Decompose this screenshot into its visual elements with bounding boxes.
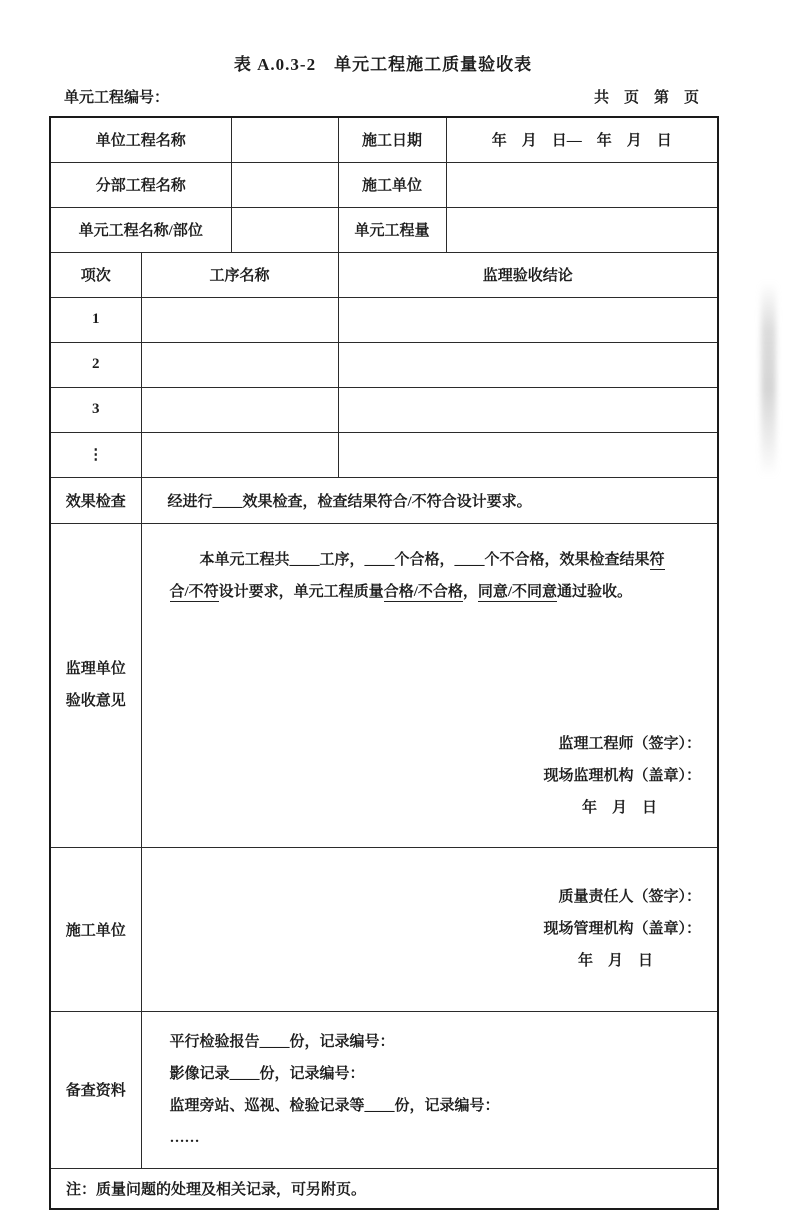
- acceptance-form-table: 单位工程名称 施工日期 年 月 日— 年 月 日 分部工程名称 施工单位 单元工…: [49, 116, 719, 1210]
- construction-unit-row: 施工单位 质量责任人（签字）： 现场管理机构（盖章）： 年 月 日: [50, 847, 718, 1011]
- construction-unit-label: 施工单位: [338, 162, 446, 207]
- note-row: 注：质量问题的处理及相关记录，可另附页。: [50, 1168, 718, 1209]
- element-quantity-value: [446, 207, 718, 252]
- reference-materials-label: 备查资料: [50, 1011, 141, 1168]
- process-row-2-conclusion: [338, 342, 718, 387]
- element-quantity-label: 单元工程量: [338, 207, 446, 252]
- info-row-element-project: 单元工程名称/部位 单元工程量: [50, 207, 718, 252]
- process-row-1: 1: [50, 297, 718, 342]
- supervision-date-label: 年 月 日: [544, 792, 702, 824]
- info-row-unit-project: 单位工程名称 施工日期 年 月 日— 年 月 日: [50, 117, 718, 162]
- effect-check-row: 效果检查 经进行____效果检查，检查结果符合/不符合设计要求。: [50, 477, 718, 523]
- process-row-2-name: [141, 342, 338, 387]
- reference-materials-row: 备查资料 平行检验报告____份，记录编号： 影像记录____份，记录编号： 监…: [50, 1011, 718, 1168]
- construction-date-value: 年 月 日— 年 月 日: [446, 117, 718, 162]
- effect-check-label: 效果检查: [50, 477, 141, 523]
- scanned-form-page: 表 A.0.3-2 单元工程施工质量验收表 单元工程编号： 共 页 第 页 单位…: [0, 0, 792, 1218]
- col-header-item-no: 项次: [50, 252, 141, 297]
- process-row-1-name: [141, 297, 338, 342]
- supervision-opinion-paragraph: 本单元工程共____工序，____个合格，____个不合格，效果检查结果符合/不…: [170, 544, 678, 608]
- supervision-label-line2: 验收意见: [51, 685, 141, 717]
- construction-unit-cell: 质量责任人（签字）： 现场管理机构（盖章）： 年 月 日: [141, 847, 718, 1011]
- supervision-label-line1: 监理单位: [51, 653, 141, 685]
- process-row-ellipsis-name: [141, 432, 338, 477]
- supervision-signature-block: 监理工程师（签字）： 现场监理机构（盖章）： 年 月 日: [544, 728, 702, 824]
- process-row-2-no: 2: [50, 342, 141, 387]
- site-management-org-seal-label: 现场管理机构（盖章）：: [142, 913, 702, 945]
- unit-project-name-label: 单位工程名称: [50, 117, 231, 162]
- process-row-3-name: [141, 387, 338, 432]
- unit-code-label: 单元工程编号：: [64, 86, 169, 107]
- unit-project-name-value: [231, 117, 338, 162]
- page-count-label: 共 页 第 页: [594, 86, 699, 107]
- reference-line-supervision-records: 监理旁站、巡视、检验记录等____份，记录编号：: [170, 1090, 718, 1122]
- reference-lines: 平行检验报告____份，记录编号： 影像记录____份，记录编号： 监理旁站、巡…: [170, 1026, 718, 1154]
- effect-check-text: 经进行____效果检查，检查结果符合/不符合设计要求。: [141, 477, 718, 523]
- note-text: 注：质量问题的处理及相关记录，可另附页。: [50, 1168, 718, 1209]
- division-project-name-label: 分部工程名称: [50, 162, 231, 207]
- construction-date-label2: 年 月 日: [142, 945, 702, 977]
- process-row-ellipsis: ⋮: [50, 432, 718, 477]
- process-row-ellipsis-no: ⋮: [50, 432, 141, 477]
- supervision-opinion-cell: 本单元工程共____工序，____个合格，____个不合格，效果检查结果符合/不…: [141, 523, 718, 847]
- process-row-ellipsis-conclusion: [338, 432, 718, 477]
- process-header-row: 项次 工序名称 监理验收结论: [50, 252, 718, 297]
- process-row-1-conclusion: [338, 297, 718, 342]
- process-row-3: 3: [50, 387, 718, 432]
- supervision-opinion-label: 监理单位 验收意见: [50, 523, 141, 847]
- info-row-division-project: 分部工程名称 施工单位: [50, 162, 718, 207]
- supervision-org-seal-label: 现场监理机构（盖章）：: [544, 760, 702, 792]
- division-project-name-value: [231, 162, 338, 207]
- form-title: 表 A.0.3-2 单元工程施工质量验收表: [49, 50, 717, 75]
- element-name-part-label: 单元工程名称/部位: [50, 207, 231, 252]
- reference-line-ellipsis: ……: [170, 1122, 718, 1154]
- reference-materials-cell: 平行检验报告____份，记录编号： 影像记录____份，记录编号： 监理旁站、巡…: [141, 1011, 718, 1168]
- construction-date-label: 施工日期: [338, 117, 446, 162]
- process-row-1-no: 1: [50, 297, 141, 342]
- col-header-process-name: 工序名称: [141, 252, 338, 297]
- element-name-part-value: [231, 207, 338, 252]
- quality-responsible-signature-label: 质量责任人（签字）：: [142, 881, 702, 913]
- process-row-3-no: 3: [50, 387, 141, 432]
- process-row-2: 2: [50, 342, 718, 387]
- form-subheader: 单元工程编号： 共 页 第 页: [49, 86, 717, 107]
- supervisor-signature-label: 监理工程师（签字）：: [544, 728, 702, 760]
- reference-line-parallel-inspection: 平行检验报告____份，记录编号：: [170, 1026, 718, 1058]
- reference-line-video-record: 影像记录____份，记录编号：: [170, 1058, 718, 1090]
- process-row-3-conclusion: [338, 387, 718, 432]
- construction-unit-row-label: 施工单位: [50, 847, 141, 1011]
- construction-unit-value: [446, 162, 718, 207]
- col-header-supervision-conclusion: 监理验收结论: [338, 252, 718, 297]
- scan-artifact-strip: [761, 282, 776, 477]
- construction-signature-block: 质量责任人（签字）： 现场管理机构（盖章）： 年 月 日: [142, 881, 718, 977]
- supervision-opinion-row: 监理单位 验收意见 本单元工程共____工序，____个合格，____个不合格，…: [50, 523, 718, 847]
